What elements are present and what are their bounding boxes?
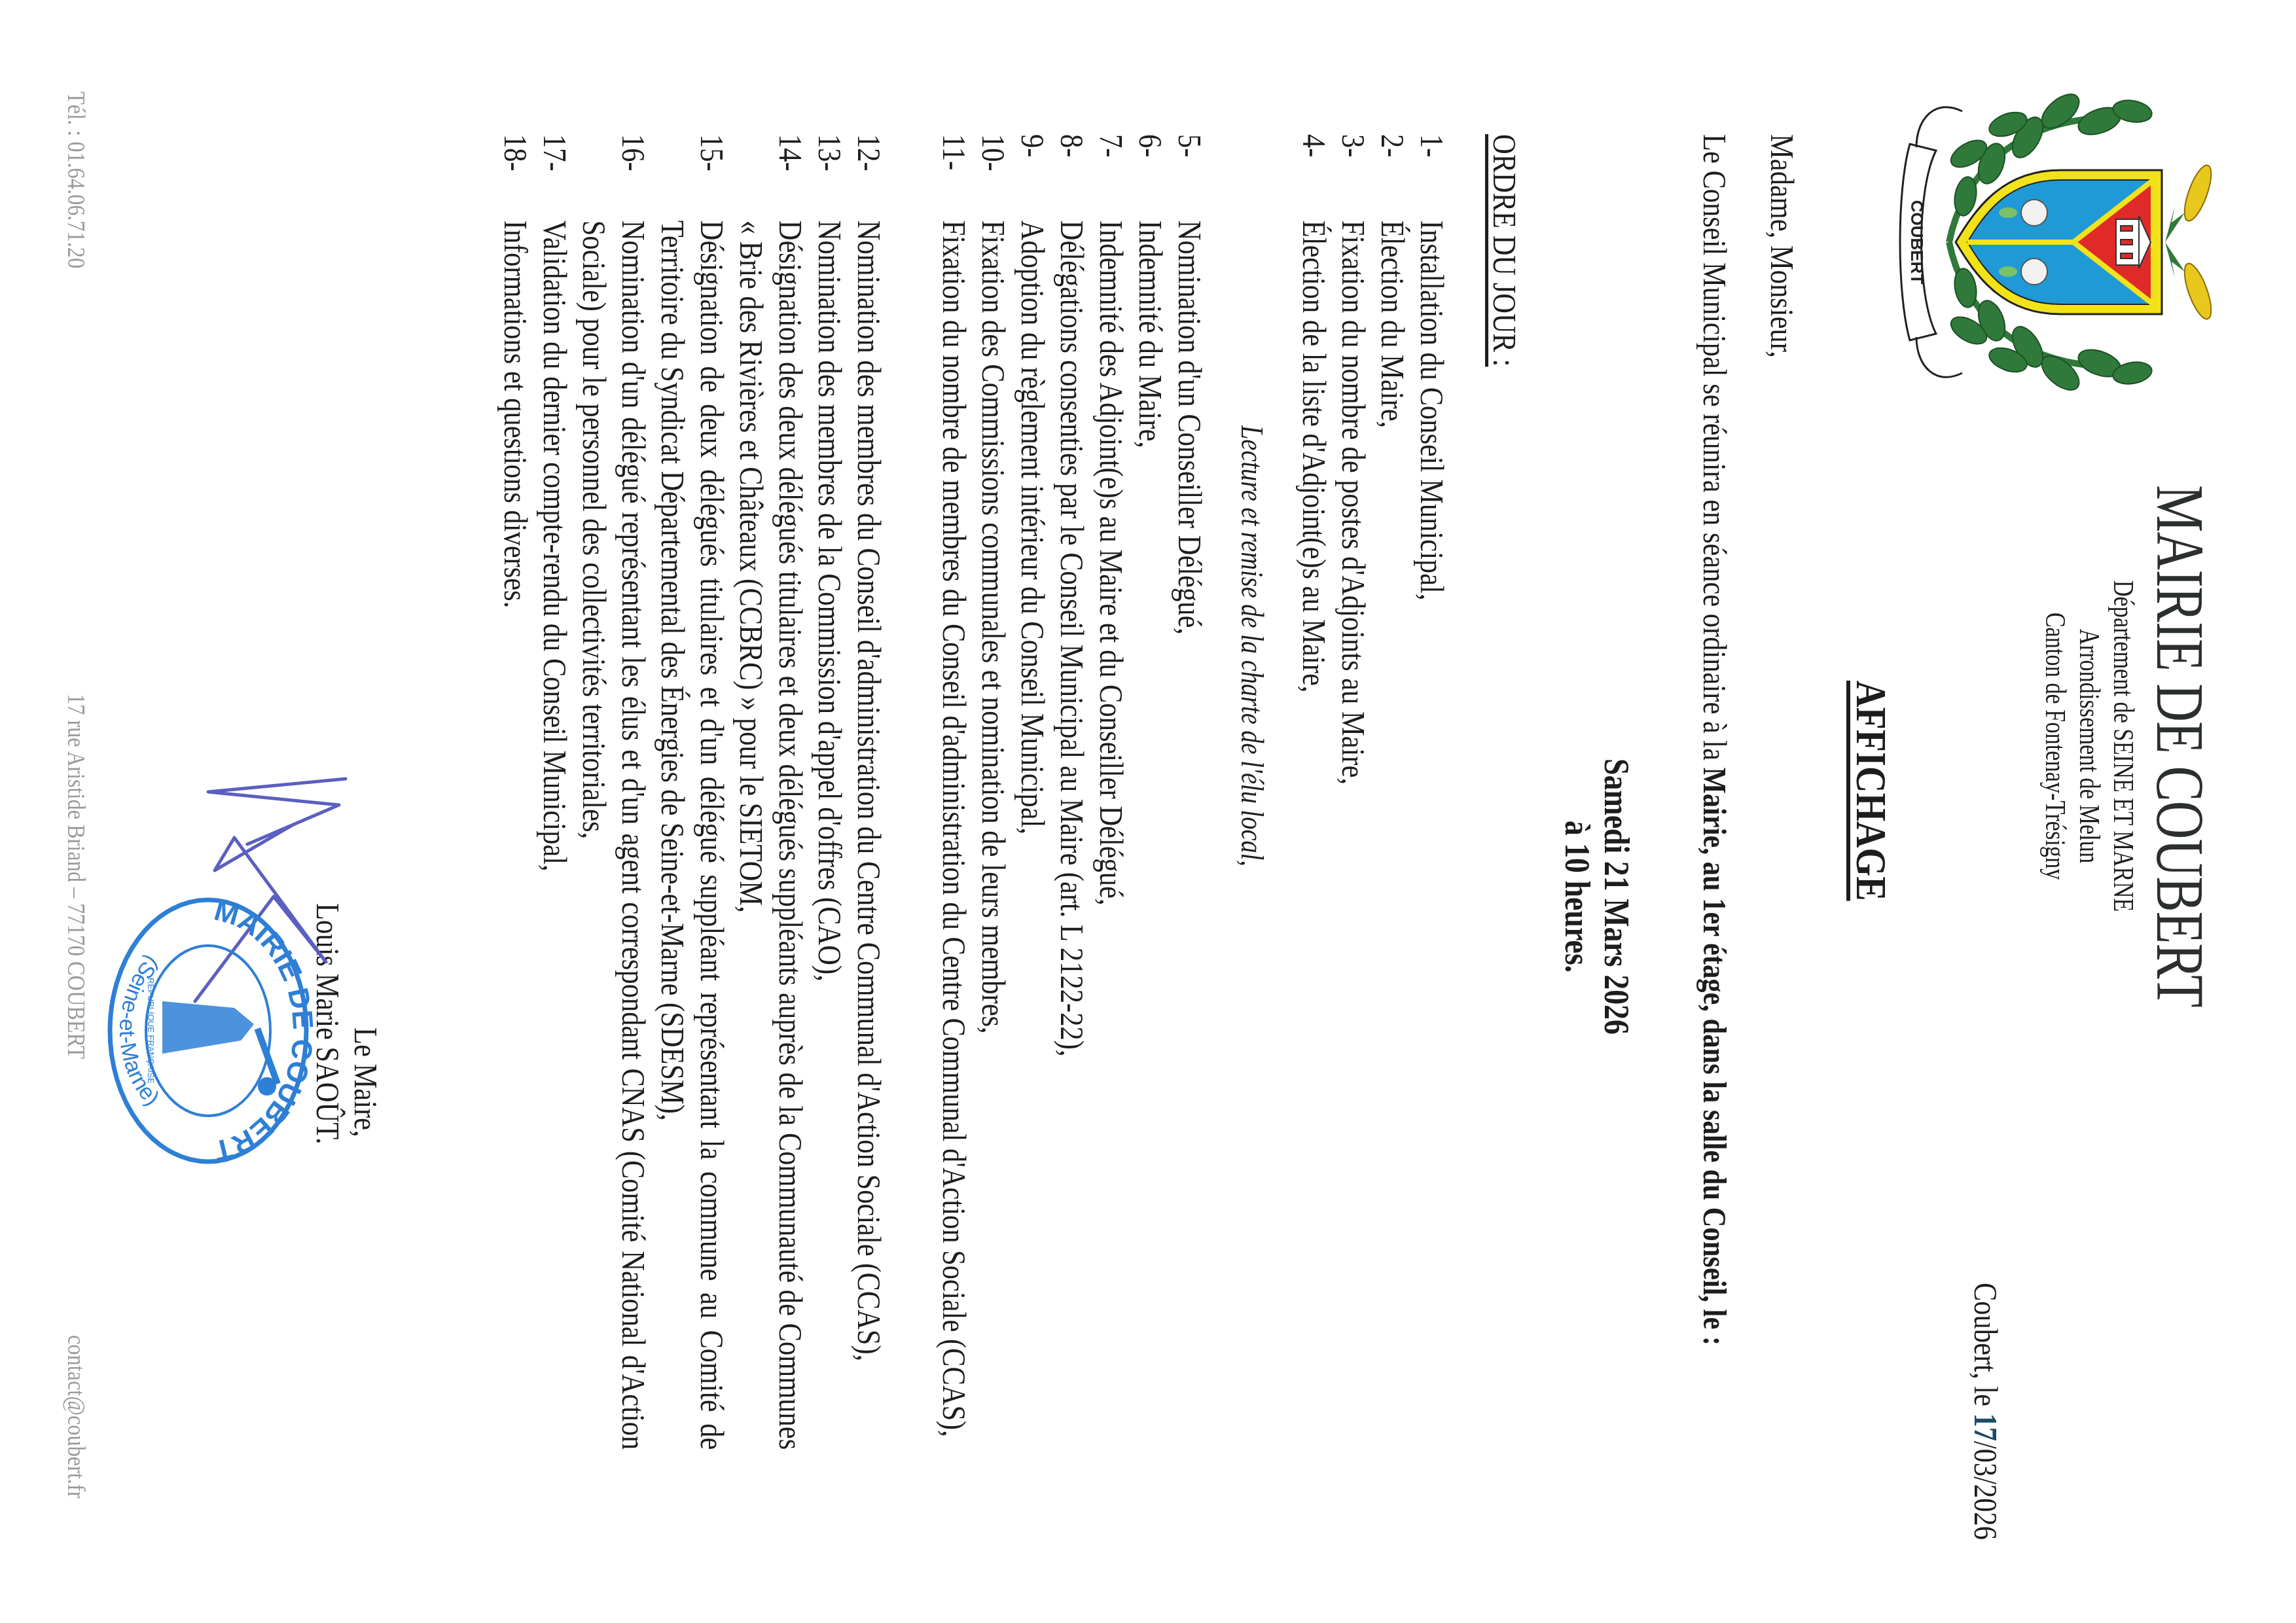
notice-heading: AFFICHAGE <box>1846 681 1895 901</box>
document-page: COUBERT MAIRIE DE COUBERT Département de… <box>0 0 2296 1623</box>
agenda-item-text: Indemnité des Adjoint(e)s au Maire et du… <box>1092 221 1131 1450</box>
intro-location: Mairie, au 1er étage, dans la salle du C… <box>1696 768 1733 1346</box>
svg-text:(Seine-et-Marne): (Seine-et-Marne) <box>115 951 164 1111</box>
meeting-time: à 10 heures. <box>1558 741 1597 1052</box>
agenda-item-text: Nomination d'un délégué représentant les… <box>575 221 653 1450</box>
page-title: MAIRIE DE COUBERT <box>2141 480 2219 1011</box>
agenda-item: 17-Validation du dernier compte-rendu du… <box>535 134 575 1469</box>
agenda-item-number: 18- <box>496 134 535 221</box>
department-label: Département de SEINE ET MARNE <box>2107 480 2140 1011</box>
agenda-item: 8-Délégations consenties par le Conseil … <box>1052 134 1092 1469</box>
footer-email[interactable]: contact@coubert.fr <box>62 1335 90 1498</box>
agenda-item-number: 2- <box>1373 134 1412 221</box>
stamp-inner-text: RÉPUBLIQUE FRANÇAISE <box>146 978 156 1084</box>
agenda-item: 4-Élection de la liste d'Adjoint(e)s au … <box>1295 134 1334 1469</box>
agenda-item-number: 14- <box>771 134 810 221</box>
agenda-item-number: 4- <box>1295 134 1334 221</box>
agenda-item-number: 1- <box>1412 134 1452 221</box>
logo-banner-text: COUBERT <box>1907 200 1927 285</box>
agenda-item-text: Délégations consenties par le Conseil Mu… <box>1052 221 1092 1450</box>
agenda-item-number: 8- <box>1052 134 1092 221</box>
coat-of-arms-logo: COUBERT <box>1897 72 2224 412</box>
agenda-item-number: 9- <box>1013 134 1052 221</box>
agenda-item-text: Informations et questions diverses. <box>496 221 535 1450</box>
agenda-item-text: Nomination des membres du Conseil d'admi… <box>850 221 889 1450</box>
agenda-item-number: 10- <box>974 134 1013 221</box>
agenda-item-text: Fixation du nombre de postes d'Adjoints … <box>1334 221 1373 1450</box>
agenda-item-number: 13- <box>810 134 850 221</box>
date-prefix: Coubert, le <box>1967 1283 2004 1413</box>
agenda-item-number: 12- <box>850 134 889 221</box>
agenda-item-text: Fixation du nombre de membres du Conseil… <box>935 221 974 1450</box>
footer-address: 17 rue Aristide Briand – 77170 COUBERT <box>62 694 90 1059</box>
agenda-item: 9-Adoption du règlement intérieur du Con… <box>1013 134 1052 1469</box>
agenda-item: 13-Nomination des membres de la Commissi… <box>810 134 850 1469</box>
arrondissement-label: Arrondissement de Melun <box>2073 480 2106 1011</box>
agenda-item: 6-Indemnité du Maire, <box>1131 134 1170 1469</box>
agenda-item-text: Adoption du règlement intérieur du Conse… <box>1013 221 1052 1450</box>
agenda-interlude: Lecture et remise de la charte de l'élu … <box>1234 425 1270 866</box>
agenda-item-number: 11- <box>935 134 974 221</box>
agenda-item: 12-Nomination des membres du Conseil d'a… <box>850 134 889 1469</box>
agenda-item-text: Nomination des membres de la Commission … <box>810 221 850 1450</box>
agenda-item-number: 3- <box>1334 134 1373 221</box>
signoff-role: Le Maire, <box>347 1027 385 1137</box>
agenda-item: 7-Indemnité des Adjoint(e)s au Maire et … <box>1092 134 1131 1469</box>
agenda-item: 2-Élection du Maire, <box>1373 134 1412 1469</box>
agenda-item-text: Désignation des deux délégués titulaires… <box>732 221 810 1450</box>
agenda-item-number: 6- <box>1131 134 1170 221</box>
agenda-item-number: 16- <box>614 134 653 221</box>
meeting-datetime: Samedi 21 Mars 2026 à 10 heures. <box>1558 741 1636 1052</box>
agenda-item: 15-Désignation de deux délégués titulair… <box>653 134 732 1469</box>
agenda-item-text: Installation du Conseil Municipal, <box>1412 221 1452 1450</box>
meeting-date: Samedi 21 Mars 2026 <box>1597 741 1636 1052</box>
agenda-item: 1-Installation du Conseil Municipal, <box>1412 134 1452 1469</box>
date-day-handwritten: 17 <box>1967 1413 2004 1441</box>
agenda-item: 18-Informations et questions diverses. <box>496 134 535 1469</box>
footer: Tél. : 01.64.06.71.20 17 rue Aristide Br… <box>51 0 90 1623</box>
agenda-item: 3-Fixation du nombre de postes d'Adjoint… <box>1334 134 1373 1469</box>
stamp-text-bottom: (Seine-et-Marne) <box>115 951 164 1111</box>
agenda-item-number: 17- <box>535 134 575 221</box>
footer-phone: Tél. : 01.64.06.71.20 <box>62 92 90 268</box>
salutation: Madame, Monsieur, <box>1763 134 1802 358</box>
agenda-heading: ORDRE DU JOUR : <box>1486 134 1524 366</box>
agenda-item-text: Validation du dernier compte-rendu du Co… <box>535 221 575 1450</box>
agenda-item-text: Fixation des Commissions communales et n… <box>974 221 1013 1450</box>
agenda-item-number: 5- <box>1170 134 1210 221</box>
official-stamp: ★ MAIRIE DE COUBERT ★ (Seine-et-Marne) R… <box>103 890 319 1171</box>
agenda-item: 5-Nomination d'un Conseiller Délégué, <box>1170 134 1210 1469</box>
intro-paragraph: Le Conseil Municipal se réunira en séanc… <box>1695 134 1734 1358</box>
agenda-item-number: 7- <box>1092 134 1131 221</box>
intro-text: Le Conseil Municipal se réunira en séanc… <box>1696 134 1733 768</box>
agenda-item: 14-Désignation des deux délégués titulai… <box>732 134 810 1469</box>
document-date: Coubert, le 17/03/2026 <box>1967 1283 2005 1540</box>
agenda-item-text: Nomination d'un Conseiller Délégué, <box>1170 221 1210 1450</box>
agenda-item: 16-Nomination d'un délégué représentant … <box>575 134 653 1469</box>
agenda-item: 10-Fixation des Commissions communales e… <box>974 134 1013 1469</box>
agenda-item-text: Désignation de deux délégués titulaires … <box>653 221 732 1450</box>
agenda-item: 11-Fixation du nombre de membres du Cons… <box>935 134 974 1469</box>
date-rest: /03/2026 <box>1967 1441 2004 1540</box>
agenda-item-text: Élection de la liste d'Adjoint(e)s au Ma… <box>1295 221 1334 1450</box>
agenda-item-text: Indemnité du Maire, <box>1131 221 1170 1450</box>
agenda-item-text: Élection du Maire, <box>1373 221 1412 1450</box>
agenda-item-number: 15- <box>692 134 732 221</box>
canton-label: Canton de Fontenay-Trésigny <box>2039 480 2072 1011</box>
